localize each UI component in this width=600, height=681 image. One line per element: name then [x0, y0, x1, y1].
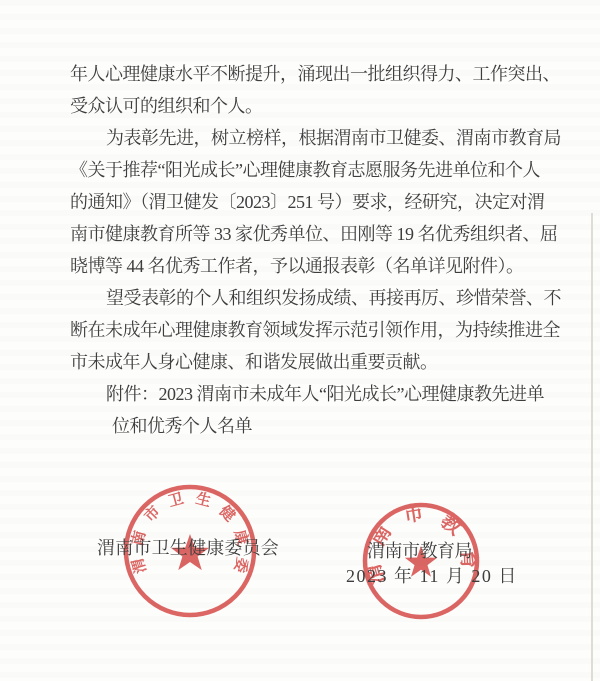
- document-line: 《关于推荐“阳光成长”心理健康教育志愿服务先进单位和个人: [70, 154, 546, 186]
- attachment-line: 位和优秀个人名单: [70, 410, 546, 442]
- document-line: 的通知》（渭卫健发〔2023〕251 号）要求，经研究，决定对渭: [70, 186, 546, 218]
- document-line: 市未成年人身心健康、和谐发展做出重要贡献。: [70, 346, 546, 378]
- issue-date: 2023 年 11 月 20 日: [346, 562, 518, 588]
- document-line: 晓博等 44 名优秀工作者，予以通报表彰（名单详见附件）。: [70, 250, 546, 282]
- issuer-right-name: 渭南市教育局: [367, 537, 472, 563]
- document-page: 年人心理健康水平不断提升，涌现出一批组织得力、工作突出、 受众认可的组织和个人。…: [0, 0, 600, 681]
- document-line: 受众认可的组织和个人。: [70, 90, 546, 122]
- document-line: 为表彰先进，树立榜样，根据渭南市卫健委、渭南市教育局: [70, 122, 546, 154]
- scan-edge-line: [591, 213, 593, 681]
- attachment-line: 附件：2023 渭南市未成年人“阳光成长”心理健康教先进单: [70, 378, 546, 410]
- document-body: 年人心理健康水平不断提升，涌现出一批组织得力、工作突出、 受众认可的组织和个人。…: [70, 58, 546, 442]
- document-line: 南市健康教育所等 33 家优秀单位、田刚等 19 名优秀组织者、屈: [70, 218, 546, 250]
- document-line: 断在未成年心理健康教育领域发挥示范引领作用，为持续推进全: [70, 314, 546, 346]
- issuer-left-name: 渭南市卫生健康委员会: [97, 534, 279, 560]
- document-line: 年人心理健康水平不断提升，涌现出一批组织得力、工作突出、: [70, 58, 546, 90]
- document-line: 望受表彰的个人和组织发扬成绩、再接再厉、珍惜荣誉、不: [70, 282, 546, 314]
